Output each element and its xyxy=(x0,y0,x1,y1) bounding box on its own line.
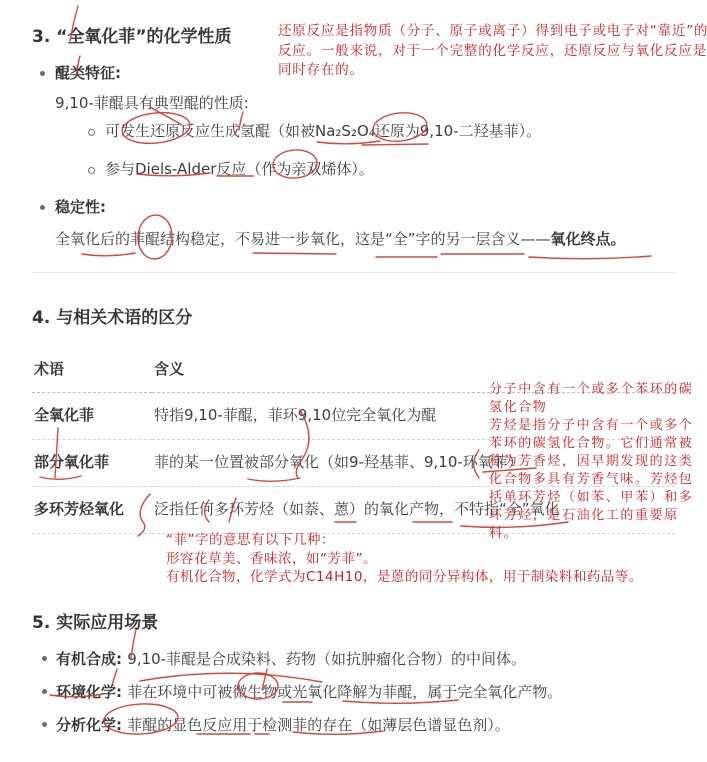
bullet-text: 菲在环境中可被微生物或光氧化降解为菲醌，属于完全氧化产物。 xyxy=(127,683,562,701)
quinone-feature-label: 醌类特征: xyxy=(55,62,121,83)
section4-heading: 4. 与相关术语的区分 xyxy=(32,303,192,328)
pen-underline xyxy=(362,144,428,145)
section5-heading: 5. 实际应用场景 xyxy=(32,608,158,633)
pen-underline xyxy=(253,253,336,254)
bullet-label: 环境化学: xyxy=(56,683,127,701)
pen-underline xyxy=(317,141,380,144)
aromatic-note-p2: 芳烃是指分子中含有一个或多个苯环的碳氢化合物。它们通常被称为芳香烃，因早期发现的… xyxy=(489,417,705,543)
fei-note-line3: 有机化合物，化学式为C14H10，是蒽的同分异构体，用于制染料和药品等。 xyxy=(166,568,643,587)
col-header-term: 术语 xyxy=(32,350,152,393)
sub-item-reduction: 可发生还原反应生成氢醌（如被Na₂S₂O₄还原为9,10-二羟基菲）。 xyxy=(105,120,541,141)
bullet-text: 9,10-菲醌是合成染料、药物（如抗肿瘤化合物）的中间体。 xyxy=(127,650,526,668)
bullet-label: 有机合成: xyxy=(56,650,127,668)
stability-paragraph: 全氧化后的菲醌结构稳定，不易进一步氧化，这是“全”字的另一层含义——氧化终点。 xyxy=(55,228,626,249)
bullet-dot-icon xyxy=(40,71,45,76)
section-divider xyxy=(32,272,675,273)
section3-heading: 3. “全氧化菲”的化学性质 xyxy=(32,22,232,47)
sub-bullet-circle-icon xyxy=(88,167,95,174)
bullet-text: 菲醌的显色反应用于检测菲的存在（如薄层色谱显色剂）。 xyxy=(127,716,510,734)
application-organic-synthesis: 有机合成: 9,10-菲醌是合成染料、药物（如抗肿瘤化合物）的中间体。 xyxy=(56,648,526,669)
aromatic-note-p1: 分子中含有一个或多个苯环的碳氢化合物 xyxy=(489,381,705,417)
sub-item-diels-alder: 参与Diels-Alder反应（作为亲双烯体）。 xyxy=(105,158,374,179)
stability-label: 稳定性: xyxy=(55,196,106,217)
application-environmental-chemistry: 环境化学: 菲在环境中可被微生物或光氧化降解为菲醌，属于完全氧化产物。 xyxy=(56,681,562,702)
term-cell: 部分氧化菲 xyxy=(32,440,152,487)
fei-note-line1: “菲”字的意思有以下几种： xyxy=(166,531,643,550)
stability-text: 全氧化后的菲醌结构稳定，不易进一步氧化，这是“全”字的另一层含义—— xyxy=(55,230,551,248)
sub-bullet-circle-icon xyxy=(88,129,95,136)
bullet-dot-icon xyxy=(42,689,47,694)
annotation-fei-meaning-note: “菲”字的意思有以下几种： 形容花草美、香味浓，如“芳菲”。 有机化合物，化学式… xyxy=(166,531,643,587)
application-analytical-chemistry: 分析化学: 菲醌的显色反应用于检测菲的存在（如薄层色谱显色剂）。 xyxy=(56,714,510,735)
term-cell: 全氧化菲 xyxy=(32,393,152,440)
document-page: 3. “全氧化菲”的化学性质 还原反应是指物质（分子、原子或离子）得到电子或电子… xyxy=(0,0,707,762)
bullet-label: 分析化学: xyxy=(56,716,127,734)
bullet-dot-icon xyxy=(42,656,47,661)
term-cell: 多环芳烃氧化 xyxy=(32,487,152,534)
stability-bold-text: 氧化终点。 xyxy=(551,230,626,248)
pen-underline xyxy=(82,253,135,256)
bullet-dot-icon xyxy=(42,722,47,727)
quinone-intro: 9,10-菲醌具有典型醌的性质: xyxy=(55,92,249,113)
annotation-aromatic-note: 分子中含有一个或多个苯环的碳氢化合物 芳烃是指分子中含有一个或多个苯环的碳氢化合… xyxy=(489,381,705,543)
annotation-reduction-note: 还原反应是指物质（分子、原子或离子）得到电子或电子对“靠近”的反应。一般来说，对… xyxy=(278,22,707,81)
fei-note-line2: 形容花草美、香味浓，如“芳菲”。 xyxy=(166,550,643,569)
bullet-dot-icon xyxy=(40,205,45,210)
pen-underline-oxidation-endpoint xyxy=(529,256,651,259)
